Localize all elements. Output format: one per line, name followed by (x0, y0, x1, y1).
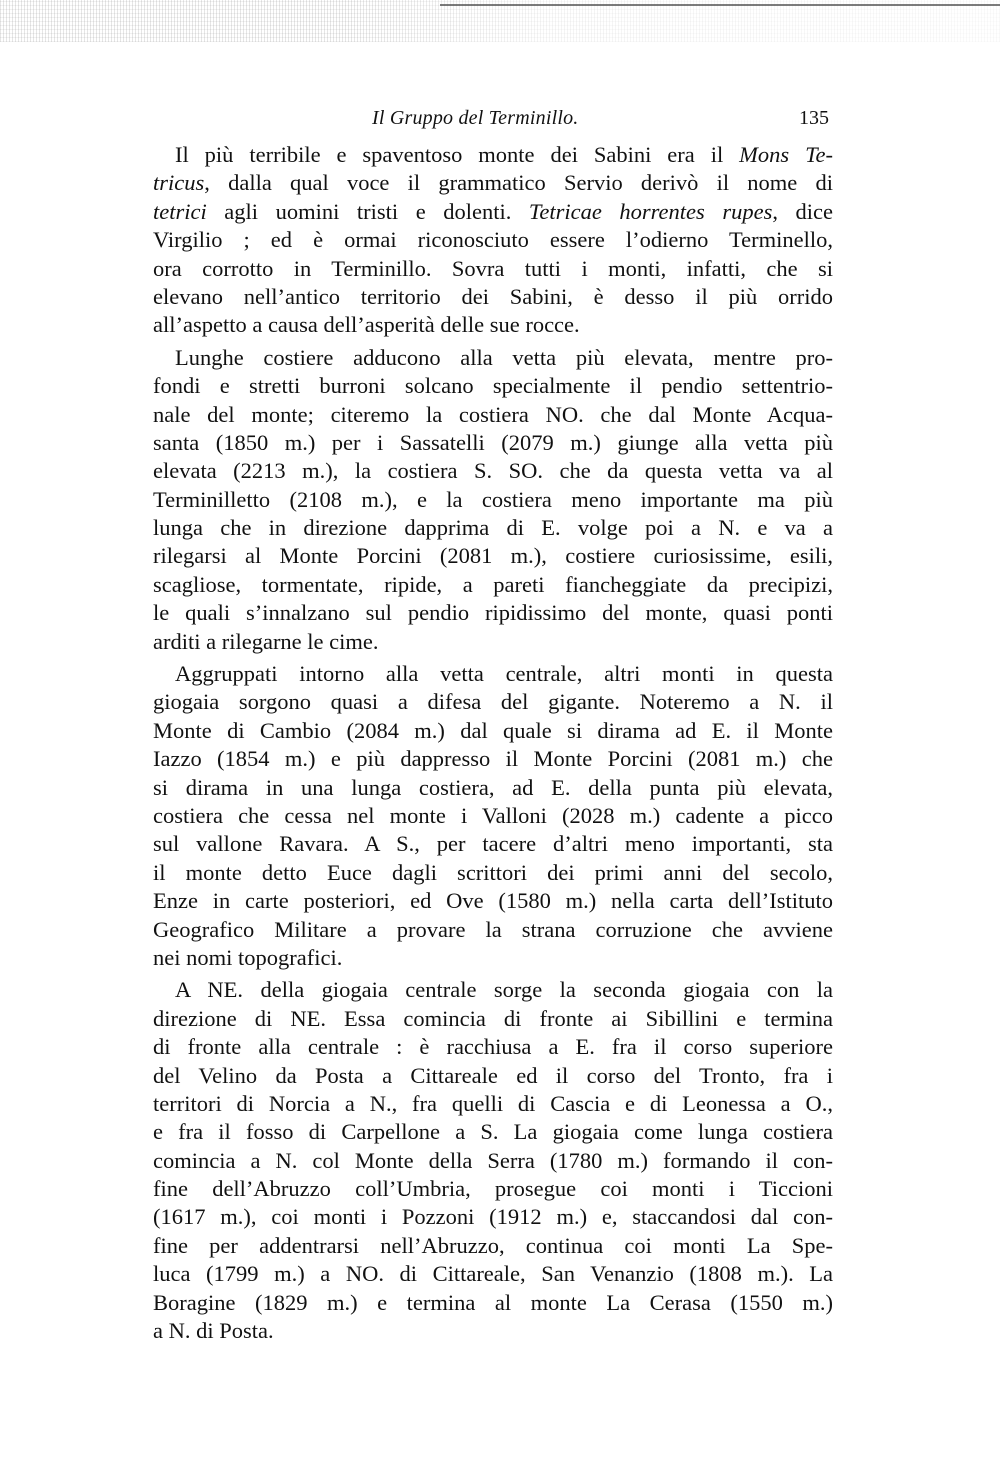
text-line: tetrici agli uomini tristi e dolenti. Te… (153, 198, 833, 226)
text-line: nei nomi topografici. (153, 944, 833, 972)
running-head: Il Gruppo del Terminillo. 135 (0, 107, 1000, 133)
text-line: nale del monte; citeremo la costiera NO.… (153, 401, 833, 429)
text-line: Virgilio ; ed è ormai riconosciuto esser… (153, 226, 833, 254)
paragraph: Il più terribile e spaventoso monte dei … (153, 141, 833, 340)
text-line: rilegarsi al Monte Porcini (2081 m.), co… (153, 542, 833, 570)
text-line: le quali s’innalzano sul pendio ripidiss… (153, 599, 833, 627)
text-line: si dirama in una lunga costiera, ad E. d… (153, 774, 833, 802)
text-line: elevano nell’antico territorio dei Sabin… (153, 283, 833, 311)
text-line: (1617 m.), coi monti i Pozzoni (1912 m.)… (153, 1203, 833, 1231)
italic-term: Tetricae horrentes rupes (529, 199, 772, 224)
text-line: all’aspetto a causa dell’asperità delle … (153, 311, 833, 339)
text-line: Il più terribile e spaventoso monte dei … (153, 141, 833, 169)
page-number: 135 (799, 107, 829, 130)
text-line: costiera che cessa nel monte i Valloni (… (153, 802, 833, 830)
body-text: Il più terribile e spaventoso monte dei … (153, 141, 833, 1345)
text-line: elevata (2213 m.), la costiera S. SO. ch… (153, 457, 833, 485)
text-line: del Velino da Posta a Cittareale ed il c… (153, 1062, 833, 1090)
text-line: territori di Norcia a N., fra quelli di … (153, 1090, 833, 1118)
text-line: sul vallone Ravara. A S., per tacere d’a… (153, 830, 833, 858)
text-line: Monte di Cambio (2084 m.) dal quale si d… (153, 717, 833, 745)
text-line: Geografico Militare a provare la strana … (153, 916, 833, 944)
text-line: a N. di Posta. (153, 1317, 833, 1345)
text-line: Boragine (1829 m.) e termina al monte La… (153, 1289, 833, 1317)
scan-artifact-top (0, 0, 1000, 42)
text-line: Lunghe costiere adducono alla vetta più … (153, 344, 833, 372)
running-title: Il Gruppo del Terminillo. (372, 107, 579, 130)
scan-edge-line (440, 4, 1000, 6)
text-line: Terminilletto (2108 m.), e la costiera m… (153, 486, 833, 514)
text-line: fine dell’Abruzzo coll’Umbria, prosegue … (153, 1175, 833, 1203)
text-line: comincia a N. col Monte della Serra (178… (153, 1147, 833, 1175)
text-line: direzione di NE. Essa comincia di fronte… (153, 1005, 833, 1033)
text-line: e fra il fosso di Carpellone a S. La gio… (153, 1118, 833, 1146)
text-line: Aggruppati intorno alla vetta centrale, … (153, 660, 833, 688)
text-line: il monte detto Euce dagli scrittori dei … (153, 859, 833, 887)
text-line: A NE. della giogaia centrale sorge la se… (153, 976, 833, 1004)
text-line: scagliose, tormentate, ripide, a pareti … (153, 571, 833, 599)
text-line: ora corrotto in Terminillo. Sovra tutti … (153, 255, 833, 283)
paragraph: A NE. della giogaia centrale sorge la se… (153, 976, 833, 1345)
text-line: santa (1850 m.) per i Sassatelli (2079 m… (153, 429, 833, 457)
paragraph: Aggruppati intorno alla vetta centrale, … (153, 660, 833, 972)
text-line: Iazzo (1854 m.) e più dappresso il Monte… (153, 745, 833, 773)
text-line: lunga che in direzione dapprima di E. vo… (153, 514, 833, 542)
text-line: di fronte alla centrale : è racchiusa a … (153, 1033, 833, 1061)
text-line: fine per addentrarsi nell’Abruzzo, conti… (153, 1232, 833, 1260)
text-line: Enze in carte posteriori, ed Ove (1580 m… (153, 887, 833, 915)
text-line: luca (1799 m.) a NO. di Cittareale, San … (153, 1260, 833, 1288)
text-line: giogaia sorgono quasi a difesa del gigan… (153, 688, 833, 716)
text-line: arditi a rilegarne le cime. (153, 628, 833, 656)
italic-term: tetrici (153, 199, 207, 224)
italic-term: Mons Te- (739, 142, 833, 167)
paragraph: Lunghe costiere adducono alla vetta più … (153, 344, 833, 656)
text-line: fondi e stretti burroni solcano specialm… (153, 372, 833, 400)
text-line: tricus, dalla qual voce il grammatico Se… (153, 169, 833, 197)
italic-term: tricus (153, 170, 204, 195)
